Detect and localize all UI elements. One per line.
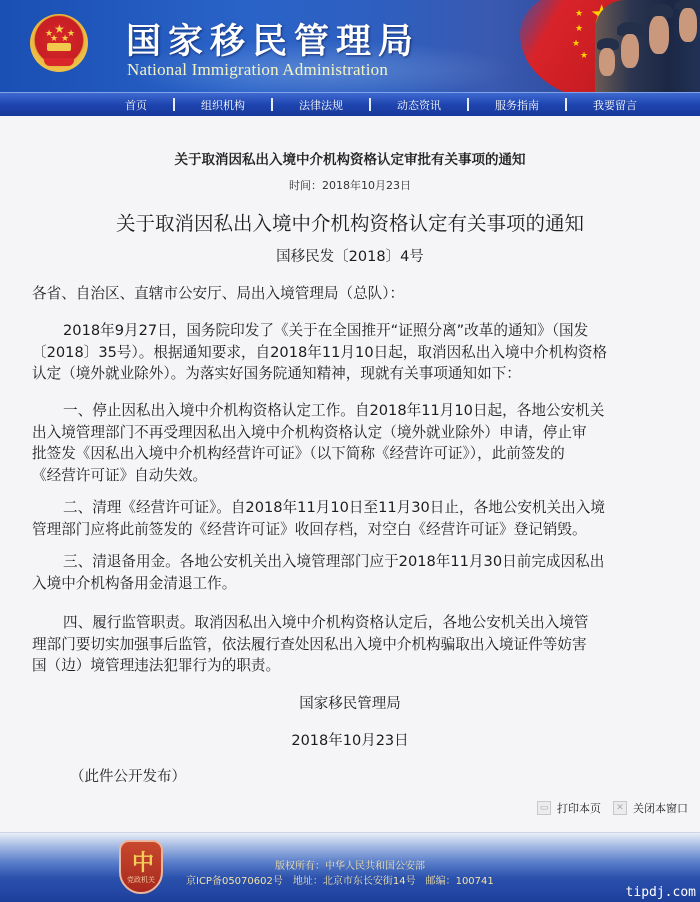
paragraph-line: 出入境管理部门不再受理因私出入境中介机构资格认定（境外就业除外）申请，停止审 — [32, 422, 672, 444]
paragraph-item-4: 四、履行监管职责。取消因私出入境中介机构资格认定后，各地公安机关出入境管 理部门… — [32, 612, 672, 677]
badge-label: 党政机关 — [121, 875, 161, 885]
site-title-en: National Immigration Administration — [127, 60, 388, 80]
footer-copyright: 版权所有：中华人民共和国公安部 — [0, 857, 700, 872]
close-window-button[interactable]: ✕ 关闭本窗口 — [613, 800, 688, 816]
page-tools: ▭ 打印本页 ✕ 关闭本窗口 — [525, 800, 688, 816]
paragraph-line: 管理部门应将此前签发的《经营许可证》收回存档，对空白《经营许可证》登记销毁。 — [32, 519, 672, 541]
paragraph-line: 〔2018〕35号）。根据通知要求，自2018年11月10日起，取消因私出入境中… — [32, 342, 672, 364]
nav-item-service-guide[interactable]: 服务指南 — [495, 97, 539, 113]
national-emblem-icon: ★ ★ ★ ★ ★ — [30, 14, 88, 72]
paragraph-line: 国（边）境管理违法犯罪行为的职责。 — [32, 655, 672, 677]
paragraph-item-2: 二、清理《经营许可证》。自2018年11月10日至11月30日止，各地公安机关出… — [32, 497, 672, 540]
publish-time: 时间：2018年10月23日 — [0, 177, 700, 193]
nav-item-laws[interactable]: 法律法规 — [299, 97, 343, 113]
nav-item-news[interactable]: 动态资讯 — [397, 97, 441, 113]
nav-divider — [565, 98, 567, 111]
signature-date: 2018年10月23日 — [0, 729, 700, 750]
site-banner: ★ ★ ★ ★ ★ ★ ★ ★ ★ ★ 国家移民管理局 National Imm… — [0, 0, 700, 92]
footer-icp-address: 京ICP备05070602号 地址：北京市东长安街14号 邮编：100741 — [186, 872, 494, 887]
site-title-cn: 国家移民管理局 — [126, 14, 420, 64]
flag-star-icon: ★ — [575, 10, 583, 19]
flag-star-icon: ★ — [572, 40, 580, 49]
paragraph-line: 二、清理《经营许可证》。自2018年11月10日至11月30日止，各地公安机关出… — [32, 497, 672, 519]
site-footer: 中 党政机关 版权所有：中华人民共和国公安部 京ICP备05070602号 地址… — [0, 832, 700, 902]
paragraph-line: 四、履行监管职责。取消因私出入境中介机构资格认定后，各地公安机关出入境管 — [32, 612, 672, 634]
print-page-label: 打印本页 — [557, 800, 601, 816]
document-title: 关于取消因私出入境中介机构资格认定有关事项的通知 — [0, 208, 700, 236]
paragraph-item-1: 一、停止因私出入境中介机构资格认定工作。自2018年11月10日起，各地公安机关… — [32, 400, 672, 486]
print-page-button[interactable]: ▭ 打印本页 — [537, 800, 601, 816]
close-window-icon: ✕ — [613, 801, 627, 815]
paragraph-line: 认定（境外就业除外）。为落实好国务院通知精神，现就有关事项通知如下： — [32, 363, 672, 385]
close-window-label: 关闭本窗口 — [633, 800, 688, 816]
paragraph-line: 《经营许可证》自动失效。 — [32, 465, 672, 487]
signature-organization: 国家移民管理局 — [0, 692, 700, 713]
document-number: 国移民发〔2018〕4号 — [0, 245, 700, 266]
officers-photo — [595, 0, 700, 92]
paragraph-line: 一、停止因私出入境中介机构资格认定工作。自2018年11月10日起，各地公安机关 — [32, 400, 672, 422]
nav-divider — [271, 98, 273, 111]
paragraph-line: 批签发《因私出入境中介机构经营许可证》（以下简称《经营许可证》），此前签发的 — [32, 443, 672, 465]
paragraph-line: 三、清退备用金。各地公安机关出入境管理部门应于2018年11月30日前完成因私出 — [32, 551, 672, 573]
nav-item-home[interactable]: 首页 — [125, 97, 147, 113]
print-icon: ▭ — [537, 801, 551, 815]
flag-star-icon: ★ — [580, 52, 588, 61]
salutation: 各省、自治区、直辖市公安厅、局出入境管理局（总队）： — [32, 283, 672, 305]
publish-note: （此件公开发布） — [70, 765, 186, 786]
nav-divider — [467, 98, 469, 111]
paragraph-line: 入境中介机构备用金清退工作。 — [32, 573, 672, 595]
nav-divider — [369, 98, 371, 111]
paragraph-line: 2018年9月27日，国务院印发了《关于在全国推开“证照分离”改革的通知》（国发 — [32, 320, 672, 342]
flag-star-icon: ★ — [575, 25, 583, 34]
paragraph-intro: 2018年9月27日，国务院印发了《关于在全国推开“证照分离”改革的通知》（国发… — [32, 320, 672, 385]
watermark: tipdj.com — [626, 885, 696, 900]
page-title: 关于取消因私出入境中介机构资格认定审批有关事项的通知 — [0, 148, 700, 168]
paragraph-item-3: 三、清退备用金。各地公安机关出入境管理部门应于2018年11月30日前完成因私出… — [32, 551, 672, 594]
nav-divider — [173, 98, 175, 111]
nav-item-leave-message[interactable]: 我要留言 — [593, 97, 637, 113]
nav-item-organization[interactable]: 组织机构 — [201, 97, 245, 113]
main-nav: 首页 组织机构 法律法规 动态资讯 服务指南 我要留言 — [0, 92, 700, 116]
paragraph-line: 理部门要切实加强事后监管，依法履行查处因私出入境中介机构骗取出入境证件等妨害 — [32, 634, 672, 656]
